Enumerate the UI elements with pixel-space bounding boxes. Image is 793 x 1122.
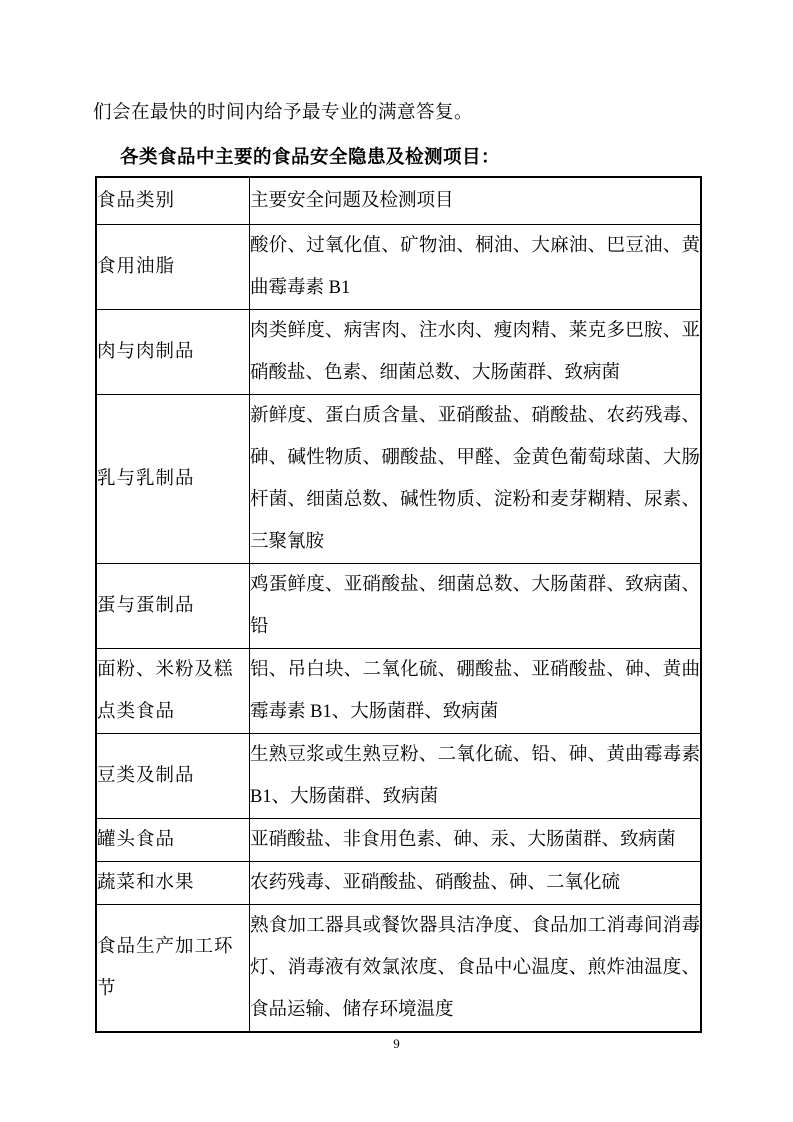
category-cell: 肉与肉制品	[96, 310, 250, 395]
table-header-row: 食品类别 主要安全问题及检测项目	[96, 177, 701, 225]
header-category-cell: 食品类别	[96, 177, 250, 225]
category-cell: 乳与乳制品	[96, 395, 250, 564]
category-cell: 食用油脂	[96, 225, 250, 310]
category-cell: 蛋与蛋制品	[96, 564, 250, 649]
category-cell: 豆类及制品	[96, 734, 250, 819]
table-row: 蛋与蛋制品 鸡蛋鲜度、亚硝酸盐、细菌总数、大肠菌群、致病菌、铅	[96, 564, 701, 649]
header-items-cell: 主要安全问题及检测项目	[250, 177, 702, 225]
category-cell: 罐头食品	[96, 819, 250, 862]
items-cell: 肉类鲜度、病害肉、注水肉、瘦肉精、莱克多巴胺、亚硝酸盐、色素、细菌总数、大肠菌群…	[250, 310, 702, 395]
items-cell: 农药残毒、亚硝酸盐、硝酸盐、砷、二氧化硫	[250, 862, 702, 905]
document-page: 们会在最快的时间内给予最专业的满意答复。 各类食品中主要的食品安全隐患及检测项目…	[0, 0, 793, 1122]
category-cell: 蔬菜和水果	[96, 862, 250, 905]
items-cell: 熟食加工器具或餐饮器具洁净度、食品加工消毒间消毒灯、消毒液有效氯浓度、食品中心温…	[250, 905, 702, 1033]
table-row: 蔬菜和水果 农药残毒、亚硝酸盐、硝酸盐、砷、二氧化硫	[96, 862, 701, 905]
items-cell: 新鲜度、蛋白质含量、亚硝酸盐、硝酸盐、农药残毒、砷、碱性物质、硼酸盐、甲醛、金黄…	[250, 395, 702, 564]
section-heading: 各类食品中主要的食品安全隐患及检测项目：	[120, 145, 720, 171]
table-row: 面粉、米粉及糕点类食品 铝、吊白块、二氧化硫、硼酸盐、亚硝酸盐、砷、黄曲霉毒素 …	[96, 649, 701, 734]
intro-paragraph: 们会在最快的时间内给予最专业的满意答复。	[93, 100, 713, 126]
food-safety-table: 食品类别 主要安全问题及检测项目 食用油脂 酸价、过氧化值、矿物油、桐油、大麻油…	[95, 176, 702, 1033]
table-row: 罐头食品 亚硝酸盐、非食用色素、砷、汞、大肠菌群、致病菌	[96, 819, 701, 862]
items-cell: 生熟豆浆或生熟豆粉、二氧化硫、铅、砷、黄曲霉毒素 B1、大肠菌群、致病菌	[250, 734, 702, 819]
items-cell: 亚硝酸盐、非食用色素、砷、汞、大肠菌群、致病菌	[250, 819, 702, 862]
table-row: 乳与乳制品 新鲜度、蛋白质含量、亚硝酸盐、硝酸盐、农药残毒、砷、碱性物质、硼酸盐…	[96, 395, 701, 564]
table-row: 豆类及制品 生熟豆浆或生熟豆粉、二氧化硫、铅、砷、黄曲霉毒素 B1、大肠菌群、致…	[96, 734, 701, 819]
category-cell: 面粉、米粉及糕点类食品	[96, 649, 250, 734]
items-cell: 鸡蛋鲜度、亚硝酸盐、细菌总数、大肠菌群、致病菌、铅	[250, 564, 702, 649]
category-cell: 食品生产加工环节	[96, 905, 250, 1033]
page-number: 9	[0, 1036, 793, 1052]
items-cell: 铝、吊白块、二氧化硫、硼酸盐、亚硝酸盐、砷、黄曲霉毒素 B1、大肠菌群、致病菌	[250, 649, 702, 734]
table-row: 食用油脂 酸价、过氧化值、矿物油、桐油、大麻油、巴豆油、黄曲霉毒素 B1	[96, 225, 701, 310]
items-cell: 酸价、过氧化值、矿物油、桐油、大麻油、巴豆油、黄曲霉毒素 B1	[250, 225, 702, 310]
table-row: 肉与肉制品 肉类鲜度、病害肉、注水肉、瘦肉精、莱克多巴胺、亚硝酸盐、色素、细菌总…	[96, 310, 701, 395]
table-row: 食品生产加工环节 熟食加工器具或餐饮器具洁净度、食品加工消毒间消毒灯、消毒液有效…	[96, 905, 701, 1033]
